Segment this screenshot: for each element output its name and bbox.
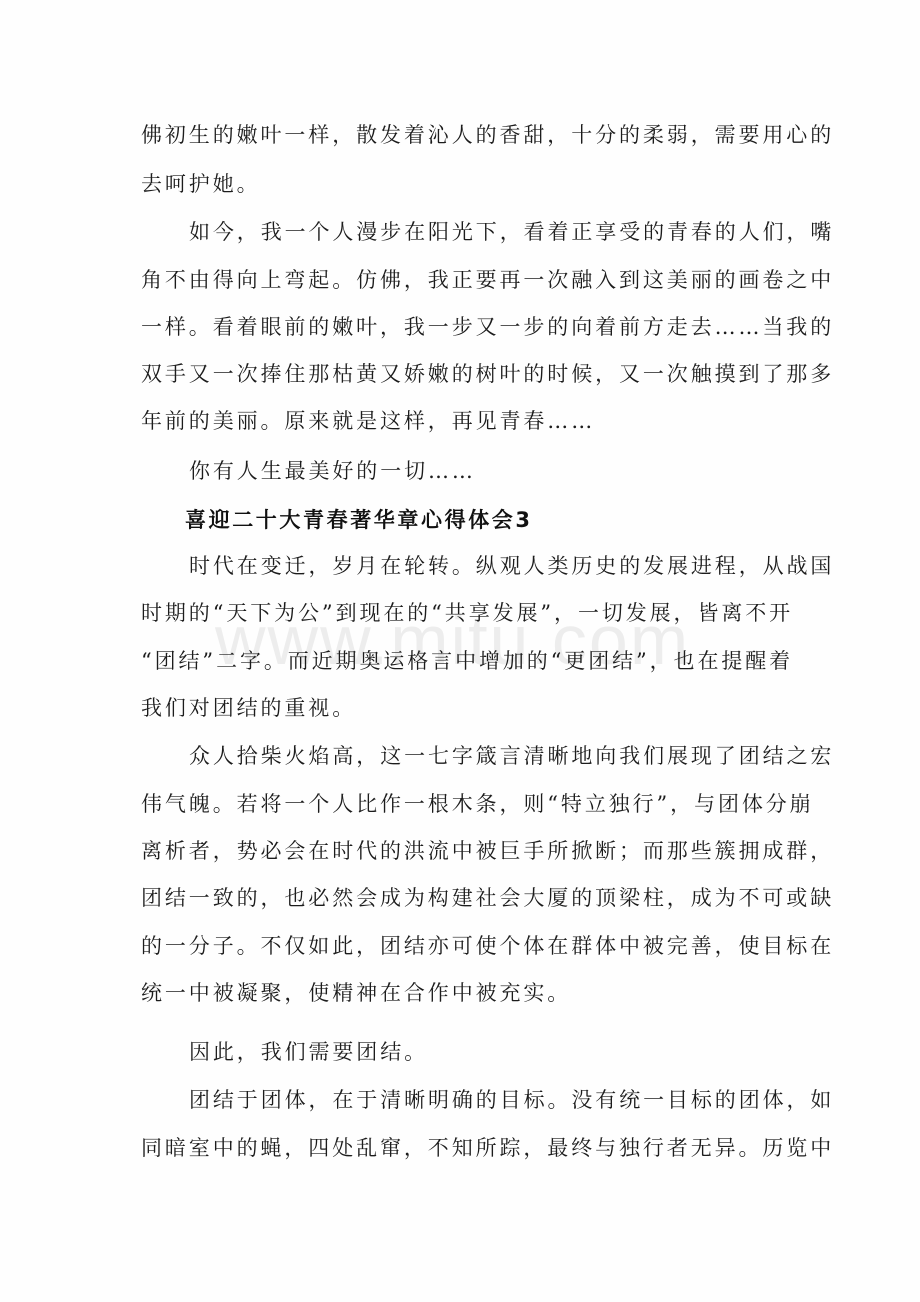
text-line: 时期的“天下为公”到现在的“共享发展”，一切发展，皆离不开 — [141, 598, 781, 628]
paragraph-start: 时代在变迁，岁月在轮转。纵观人类历史的发展进程，从战国 — [189, 551, 829, 581]
text-line: 双手又一次捧住那枯黄又娇嫩的树叶的时候，又一次触摸到了那多 — [141, 359, 781, 389]
text-line: 我们对团结的重视。 — [141, 693, 781, 723]
text-line: 角不由得向上弯起。仿佛，我正要再一次融入到这美丽的画卷之中 — [141, 265, 781, 295]
document-page: www.mitu.com 佛初生的嫩叶一样，散发着沁人的香甜，十分的柔弱，需要用… — [0, 0, 920, 1302]
text-line: 统一中被凝聚，使精神在合作中被充实。 — [141, 978, 781, 1008]
paragraph-start: 如今，我一个人漫步在阳光下，看着正享受的青春的人们，嘴 — [189, 217, 829, 247]
text-line: 的一分子。不仅如此，团结亦可使个体在群体中被完善，使目标在 — [141, 931, 781, 961]
text-line: 伟气魄。若将一个人比作一根木条，则“特立独行”，与团体分崩 — [141, 789, 781, 819]
paragraph-start: 因此，我们需要团结。 — [189, 1037, 829, 1067]
text-line: 一样。看着眼前的嫩叶，我一步又一步的向着前方走去……当我的 — [141, 312, 781, 342]
text-line: 同暗室中的蝇，四处乱窜，不知所踪，最终与独行者无异。历览中 — [141, 1133, 781, 1163]
paragraph-start: 你有人生最美好的一切…… — [189, 456, 829, 486]
section-heading: 喜迎二十大青春著华章心得体会3 — [185, 505, 825, 535]
paragraph-start: 团结于团体，在于清晰明确的目标。没有统一目标的团体，如 — [189, 1085, 829, 1115]
text-line: 团结一致的，也必然会成为构建社会大厦的顶梁柱，成为不可或缺 — [141, 883, 781, 913]
text-line: 去呵护她。 — [141, 169, 781, 199]
text-line: 佛初生的嫩叶一样，散发着沁人的香甜，十分的柔弱，需要用心的 — [141, 120, 781, 150]
paragraph-start: 众人拾柴火焰高，这一七字箴言清晰地向我们展现了团结之宏 — [189, 741, 829, 771]
text-line: 年前的美丽。原来就是这样，再见青春…… — [141, 406, 781, 436]
text-line: 离析者，势必会在时代的洪流中被巨手所掀断；而那些簇拥成群， — [141, 836, 781, 866]
text-line: “团结”二字。而近期奥运格言中增加的“更团结”，也在提醒着 — [141, 646, 781, 676]
